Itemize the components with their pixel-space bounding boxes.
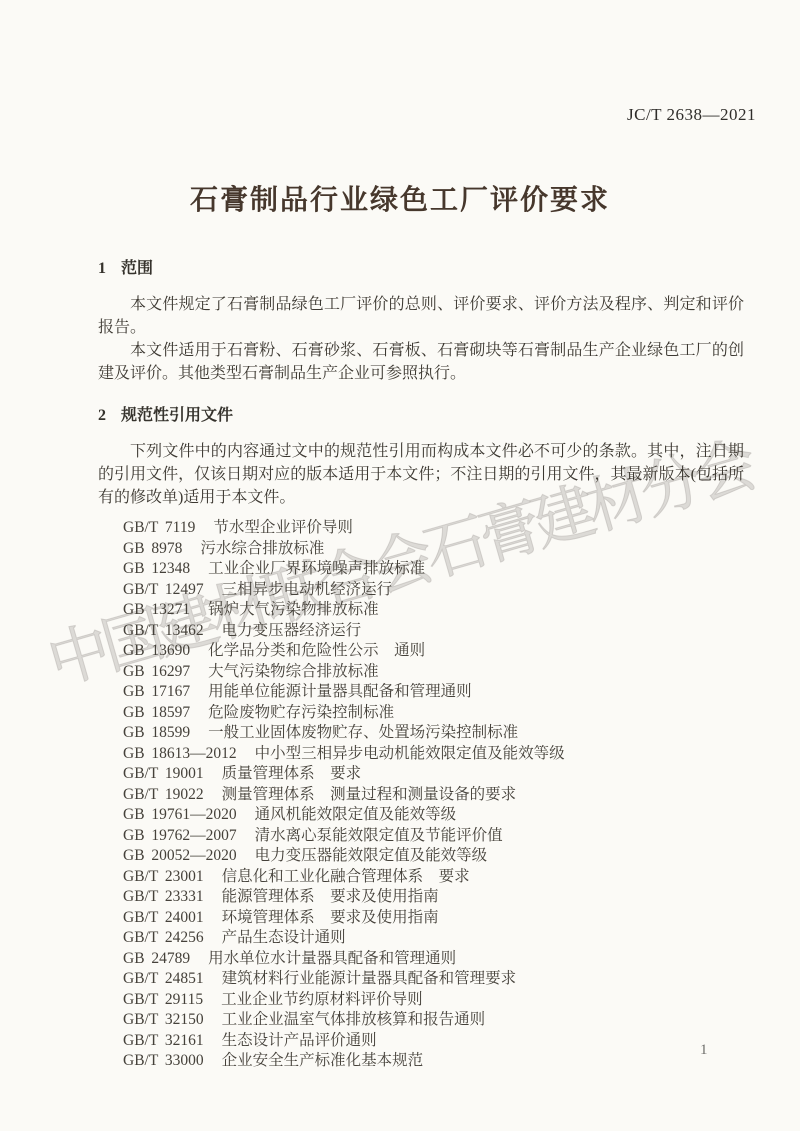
reference-item: GB/T 19001质量管理体系 要求 <box>123 764 744 785</box>
section-references-heading: 2规范性引用文件 <box>98 402 744 425</box>
reference-code: GB 16297 <box>123 663 190 680</box>
reference-code: GB 18597 <box>123 704 190 721</box>
reference-code: GB/T 19022 <box>123 786 204 803</box>
reference-title: 大气污染物综合排放标准 <box>208 663 379 680</box>
section-scope-heading: 1范围 <box>98 255 744 278</box>
reference-code: GB 12348 <box>123 560 190 577</box>
section-number: 2 <box>98 407 106 424</box>
reference-title: 建筑材料行业能源计量器具配备和管理要求 <box>222 970 517 987</box>
reference-item: GB 24789用水单位水计量器具配备和管理通则 <box>123 949 744 970</box>
section-title: 规范性引用文件 <box>121 407 233 424</box>
reference-title: 工业企业厂界环境噪声排放标准 <box>208 560 425 577</box>
reference-item: GB 18599一般工业固体废物贮存、处置场污染控制标准 <box>123 723 744 744</box>
reference-item: GB/T 24001环境管理体系 要求及使用指南 <box>123 908 744 929</box>
reference-item: GB 18597危险废物贮存污染控制标准 <box>123 703 744 724</box>
reference-code: GB 18613—2012 <box>123 745 237 762</box>
reference-item: GB 19761—2020通风机能效限定值及能效等级 <box>123 805 744 826</box>
reference-title: 用能单位能源计量器具配备和管理通则 <box>208 683 472 700</box>
reference-title: 通风机能效限定值及能效等级 <box>255 806 457 823</box>
reference-item: GB 17167用能单位能源计量器具配备和管理通则 <box>123 682 744 703</box>
reference-item: GB 8978污水综合排放标准 <box>123 539 744 560</box>
reference-title: 危险废物贮存污染控制标准 <box>208 704 394 721</box>
reference-title: 企业安全生产标准化基本规范 <box>222 1052 424 1069</box>
reference-code: GB/T 32150 <box>123 1011 204 1028</box>
reference-title: 清水离心泵能效限定值及节能评价值 <box>255 827 503 844</box>
page-number: 1 <box>700 1042 708 1059</box>
reference-title: 电力变压器经济运行 <box>222 622 362 639</box>
reference-title: 化学品分类和危险性公示 通则 <box>208 642 425 659</box>
reference-code: GB/T 24256 <box>123 929 204 946</box>
reference-item: GB/T 23001信息化和工业化融合管理体系 要求 <box>123 867 744 888</box>
reference-code: GB 24789 <box>123 950 190 967</box>
reference-code: GB 13271 <box>123 601 190 618</box>
reference-item: GB/T 32150工业企业温室气体排放核算和报告通则 <box>123 1010 744 1031</box>
reference-title: 中小型三相异步电动机能效限定值及能效等级 <box>255 745 565 762</box>
reference-title: 节水型企业评价导则 <box>213 519 353 536</box>
reference-item: GB/T 29115工业企业节约原材料评价导则 <box>123 990 744 1011</box>
reference-code: GB 8978 <box>123 540 182 557</box>
reference-title: 质量管理体系 要求 <box>222 765 362 782</box>
reference-item: GB/T 12497三相异步电动机经济运行 <box>123 580 744 601</box>
reference-title: 测量管理体系 测量过程和测量设备的要求 <box>222 786 517 803</box>
section-title: 范围 <box>121 260 153 277</box>
reference-item: GB/T 7119节水型企业评价导则 <box>123 518 744 539</box>
reference-code: GB/T 32161 <box>123 1032 204 1049</box>
reference-title: 产品生态设计通则 <box>222 929 346 946</box>
standard-number: JC/T 2638—2021 <box>627 105 756 125</box>
reference-code: GB/T 12497 <box>123 581 204 598</box>
reference-item: GB/T 32161生态设计产品评价通则 <box>123 1031 744 1052</box>
reference-item: GB 13690化学品分类和危险性公示 通则 <box>123 641 744 662</box>
reference-title: 三相异步电动机经济运行 <box>222 581 393 598</box>
reference-code: GB/T 33000 <box>123 1052 204 1069</box>
reference-title: 生态设计产品评价通则 <box>222 1032 377 1049</box>
reference-title: 污水综合排放标准 <box>200 540 324 557</box>
reference-code: GB/T 13462 <box>123 622 204 639</box>
reference-title: 用水单位水计量器具配备和管理通则 <box>208 950 456 967</box>
reference-title: 锅炉大气污染物排放标准 <box>208 601 379 618</box>
reference-item: GB 20052—2020电力变压器能效限定值及能效等级 <box>123 846 744 867</box>
reference-code: GB 17167 <box>123 683 190 700</box>
reference-item: GB 18613—2012中小型三相异步电动机能效限定值及能效等级 <box>123 744 744 765</box>
reference-title: 一般工业固体废物贮存、处置场污染控制标准 <box>208 724 518 741</box>
reference-code: GB/T 7119 <box>123 519 195 536</box>
document-page: 中国建材联合会石膏建材分会 JC/T 2638—2021 石膏制品行业绿色工厂评… <box>0 0 800 1131</box>
reference-code: GB/T 24001 <box>123 909 204 926</box>
reference-item: GB 16297大气污染物综合排放标准 <box>123 662 744 683</box>
reference-item: GB/T 23331能源管理体系 要求及使用指南 <box>123 887 744 908</box>
reference-title: 环境管理体系 要求及使用指南 <box>222 909 439 926</box>
reference-title: 工业企业节约原材料评价导则 <box>221 991 423 1008</box>
reference-title: 电力变压器能效限定值及能效等级 <box>255 847 488 864</box>
scope-paragraph-2: 本文件适用于石膏粉、石膏砂浆、石膏板、石膏砌块等石膏制品生产企业绿色工厂的创建及… <box>98 339 744 385</box>
reference-item: GB/T 24851建筑材料行业能源计量器具配备和管理要求 <box>123 969 744 990</box>
document-title: 石膏制品行业绿色工厂评价要求 <box>0 178 800 218</box>
reference-code: GB/T 23001 <box>123 868 204 885</box>
reference-code: GB/T 23331 <box>123 888 204 905</box>
reference-code: GB/T 29115 <box>123 991 203 1008</box>
reference-code: GB/T 24851 <box>123 970 204 987</box>
reference-code: GB/T 19001 <box>123 765 204 782</box>
reference-item: GB 19762—2007清水离心泵能效限定值及节能评价值 <box>123 826 744 847</box>
reference-code: GB 18599 <box>123 724 190 741</box>
reference-title: 信息化和工业化融合管理体系 要求 <box>222 868 470 885</box>
reference-title: 工业企业温室气体排放核算和报告通则 <box>222 1011 486 1028</box>
reference-item: GB/T 13462电力变压器经济运行 <box>123 621 744 642</box>
reference-item: GB/T 24256产品生态设计通则 <box>123 928 744 949</box>
reference-code: GB 20052—2020 <box>123 847 237 864</box>
references-intro-paragraph: 下列文件中的内容通过文中的规范性引用而构成本文件必不可少的条款。其中，注日期的引… <box>98 440 744 509</box>
reference-code: GB 13690 <box>123 642 190 659</box>
section-number: 1 <box>98 260 106 277</box>
reference-item: GB/T 19022测量管理体系 测量过程和测量设备的要求 <box>123 785 744 806</box>
reference-item: GB/T 33000企业安全生产标准化基本规范 <box>123 1051 744 1072</box>
scope-paragraph-1: 本文件规定了石膏制品绿色工厂评价的总则、评价要求、评价方法及程序、判定和评价报告… <box>98 293 744 339</box>
reference-item: GB 13271锅炉大气污染物排放标准 <box>123 600 744 621</box>
reference-title: 能源管理体系 要求及使用指南 <box>222 888 439 905</box>
document-body: 1范围 本文件规定了石膏制品绿色工厂评价的总则、评价要求、评价方法及程序、判定和… <box>98 255 744 1072</box>
reference-item: GB 12348工业企业厂界环境噪声排放标准 <box>123 559 744 580</box>
reference-list: GB/T 7119节水型企业评价导则GB 8978污水综合排放标准GB 1234… <box>123 518 744 1072</box>
reference-code: GB 19761—2020 <box>123 806 237 823</box>
reference-code: GB 19762—2007 <box>123 827 237 844</box>
